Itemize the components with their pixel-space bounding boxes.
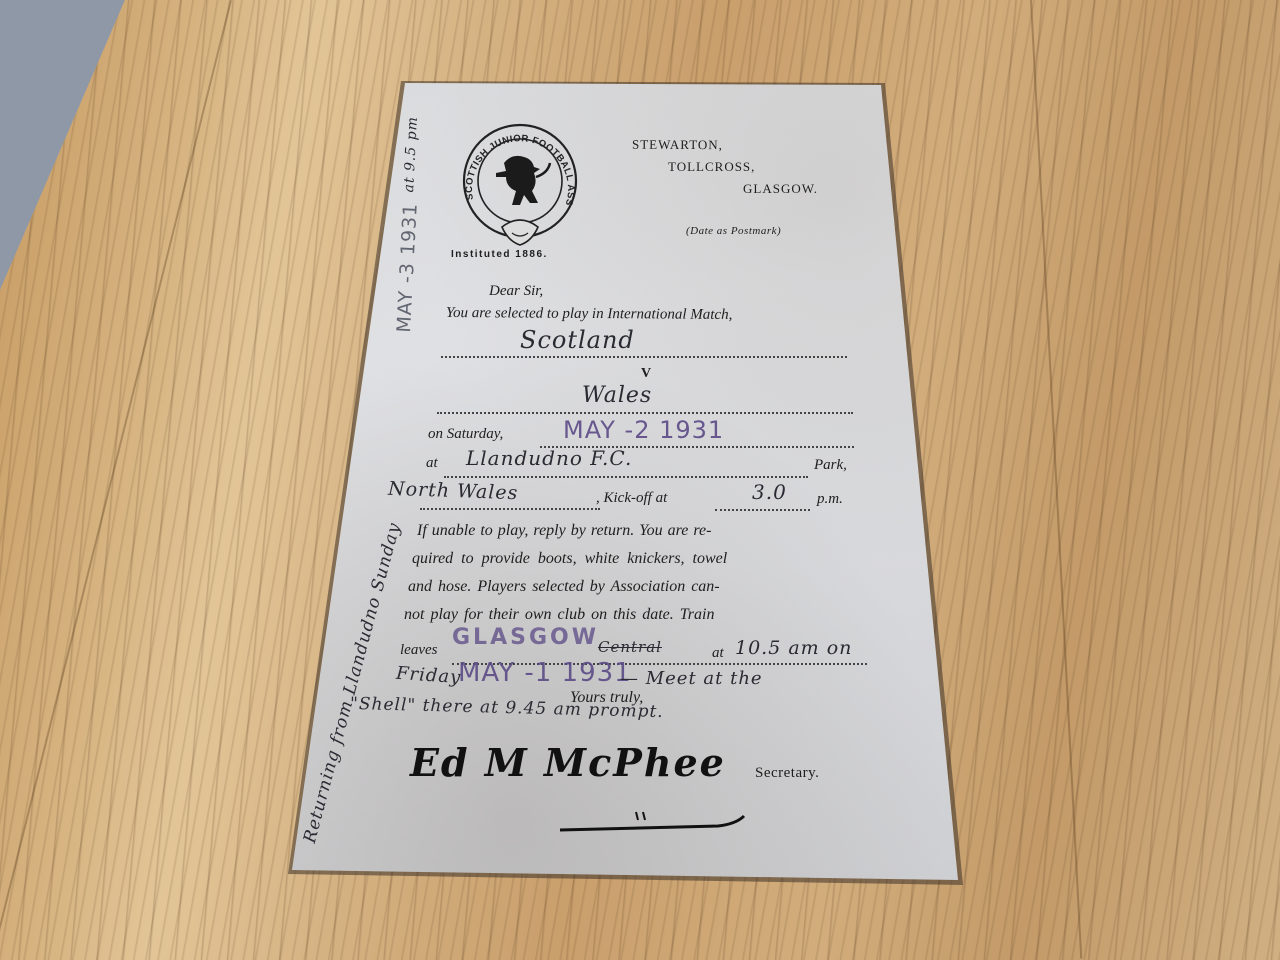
margin-note-handwritten: Returning from Llandudno Sunday xyxy=(300,520,405,845)
team-away-line xyxy=(437,410,853,414)
train-leaves-label: leaves xyxy=(400,642,437,659)
venue-suffix: Park, xyxy=(814,457,847,474)
signature: Ed M McPhee xyxy=(410,740,726,785)
region-line xyxy=(420,506,600,510)
train-station-handwritten: Central xyxy=(598,638,662,656)
instruction-line-4: not play for their own club on this date… xyxy=(404,606,714,624)
address-line-2: TOLLCROSS, xyxy=(668,159,755,175)
versus-label: V xyxy=(641,366,651,382)
venue-prefix: at xyxy=(426,455,438,472)
signatory-title: Secretary. xyxy=(755,765,819,782)
instruction-line-2: quired to provide boots, white knickers,… xyxy=(412,550,727,568)
saturday-label: on Saturday, xyxy=(428,426,503,443)
venue-handwritten: Llandudno F.C. xyxy=(466,446,632,470)
postmark-city: GLASGOW xyxy=(452,625,599,650)
kickoff-line xyxy=(715,507,810,511)
kickoff-suffix: p.m. xyxy=(817,491,843,508)
postcard-content: SCOTTISH JUNIOR FOOTBALL ASSOCIATION Ins… xyxy=(0,0,1280,960)
team-home-line xyxy=(441,354,847,358)
instruction-line-3: and hose. Players selected by Associatio… xyxy=(408,578,720,596)
team-away-handwritten: Wales xyxy=(582,383,652,408)
kickoff-label: , Kick-off at xyxy=(596,490,667,507)
region-handwritten: North Wales xyxy=(388,478,519,505)
postmark-date: MAY -1 1931 xyxy=(458,658,632,688)
signature-underline-icon xyxy=(558,806,748,834)
salutation: Dear Sir, xyxy=(489,283,543,300)
kickoff-time-handwritten: 3.0 xyxy=(752,480,787,504)
intro-text: You are selected to play in Internationa… xyxy=(446,305,732,324)
team-home-handwritten: Scotland xyxy=(520,326,635,354)
date-note: (Date as Postmark) xyxy=(686,225,781,237)
address-line-1: STEWARTON, xyxy=(632,137,723,153)
margin-postmark: MAY -3 1931 xyxy=(393,202,422,333)
instituted-label: Instituted 1886. xyxy=(451,249,548,260)
train-time-handwritten: 10.5 am on xyxy=(735,637,852,659)
train-at-label: at xyxy=(712,645,724,662)
margin-time-handwritten: at 9.5 pm xyxy=(401,116,421,193)
venue-line xyxy=(444,474,808,478)
friday-handwritten: Friday xyxy=(395,663,462,689)
association-crest-icon: SCOTTISH JUNIOR FOOTBALL ASSOCIATION xyxy=(452,115,588,251)
address-line-3: GLASGOW. xyxy=(743,181,818,197)
meet-handwritten: — Meet at the xyxy=(620,668,763,689)
match-date-postmark: MAY -2 1931 xyxy=(563,416,724,444)
instruction-line-1: If unable to play, reply by return. You … xyxy=(417,522,711,540)
